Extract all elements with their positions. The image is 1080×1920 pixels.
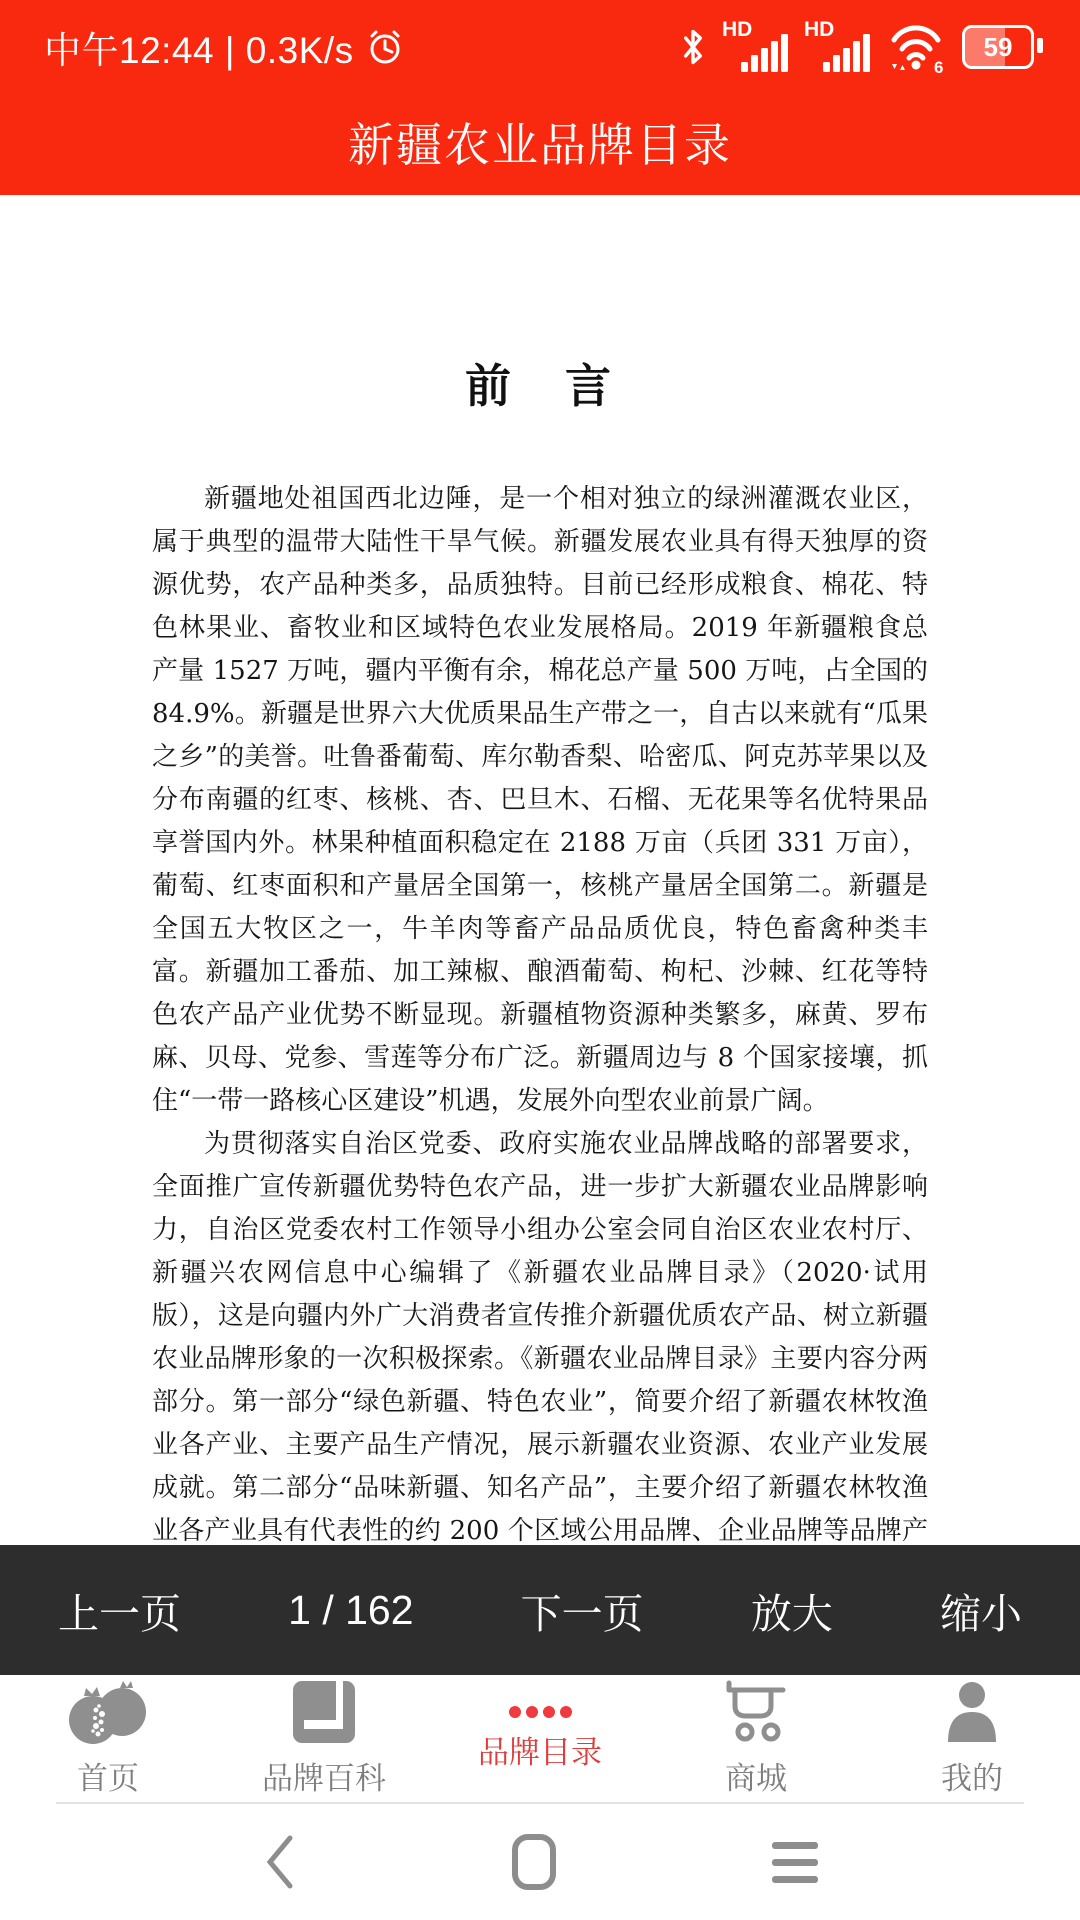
page-indicator: 1 / 162 [288, 1587, 413, 1634]
nav-item-brand-catalog[interactable]: 品牌目录 [432, 1675, 648, 1802]
status-left: 中午12:44 | 0.3K/s [44, 20, 404, 74]
app-screen: 中午12:44 | 0.3K/s HD [0, 0, 1080, 1920]
zoom-in-button[interactable]: 放大 [751, 1581, 833, 1640]
nav-item-mall[interactable]: 商城 [648, 1675, 864, 1802]
status-bar: 中午12:44 | 0.3K/s HD [0, 0, 1080, 88]
nav-label: 商城 [725, 1753, 787, 1798]
nav-item-brand-encyclopedia[interactable]: 品牌百科 [216, 1675, 432, 1802]
nav-label: 品牌目录 [478, 1727, 602, 1772]
menu-icon[interactable] [772, 1842, 818, 1883]
back-icon[interactable] [262, 1833, 296, 1891]
document-body: 新疆地处祖国西北边陲，是一个相对独立的绿洲灌溉农业区，属于典型的温带大陆性干旱气… [152, 478, 928, 1545]
bluetooth-icon [680, 26, 706, 68]
cart-icon [719, 1680, 793, 1744]
android-nav-bar [0, 1804, 1080, 1920]
alarm-clock-icon [366, 28, 404, 66]
person-icon [940, 1680, 1004, 1744]
next-page-button[interactable]: 下一页 [521, 1581, 644, 1640]
zoom-out-button[interactable]: 缩小 [940, 1581, 1022, 1640]
document-paragraph: 新疆地处祖国西北边陲，是一个相对独立的绿洲灌溉农业区，属于典型的温带大陆性干旱气… [152, 478, 928, 1123]
sim2-signal-icon: HD [804, 20, 870, 74]
nav-label: 我的 [941, 1753, 1003, 1798]
pomegranate-icon [60, 1680, 156, 1744]
battery-percent: 59 [984, 32, 1013, 63]
prev-page-button[interactable]: 上一页 [58, 1581, 181, 1640]
document-paragraph: 为贯彻落实自治区党委、政府实施农业品牌战略的部署要求，全面推广宣传新疆优势特色农… [152, 1123, 928, 1545]
document-page[interactable]: 前 言 新疆地处祖国西北边陲，是一个相对独立的绿洲灌溉农业区，属于典型的温带大陆… [0, 195, 1080, 1545]
nav-label: 首页 [77, 1753, 139, 1798]
wifi-icon: 6 [886, 20, 946, 74]
nav-item-home[interactable]: 首页 [0, 1675, 216, 1802]
grid-icon [509, 1706, 572, 1718]
time-and-network-speed: 中午12:44 | 0.3K/s [44, 20, 354, 74]
bottom-nav: 首页 品牌百科 品牌目录 [0, 1675, 1080, 1802]
status-right: HD HD 6 [680, 20, 1042, 74]
nav-label: 品牌百科 [262, 1753, 386, 1798]
pager-toolbar: 上一页 1 / 162 下一页 放大 缩小 [0, 1545, 1080, 1675]
app-header: 新疆农业品牌目录 [0, 88, 1080, 195]
page-title: 新疆农业品牌目录 [348, 109, 732, 175]
book-icon [291, 1680, 357, 1744]
document-title: 前 言 [152, 350, 928, 416]
nav-item-mine[interactable]: 我的 [864, 1675, 1080, 1802]
battery-icon: 59 [962, 25, 1034, 69]
home-icon[interactable] [512, 1834, 556, 1890]
wifi-band-label: 6 [934, 58, 943, 74]
sim1-signal-icon: HD [722, 20, 788, 74]
